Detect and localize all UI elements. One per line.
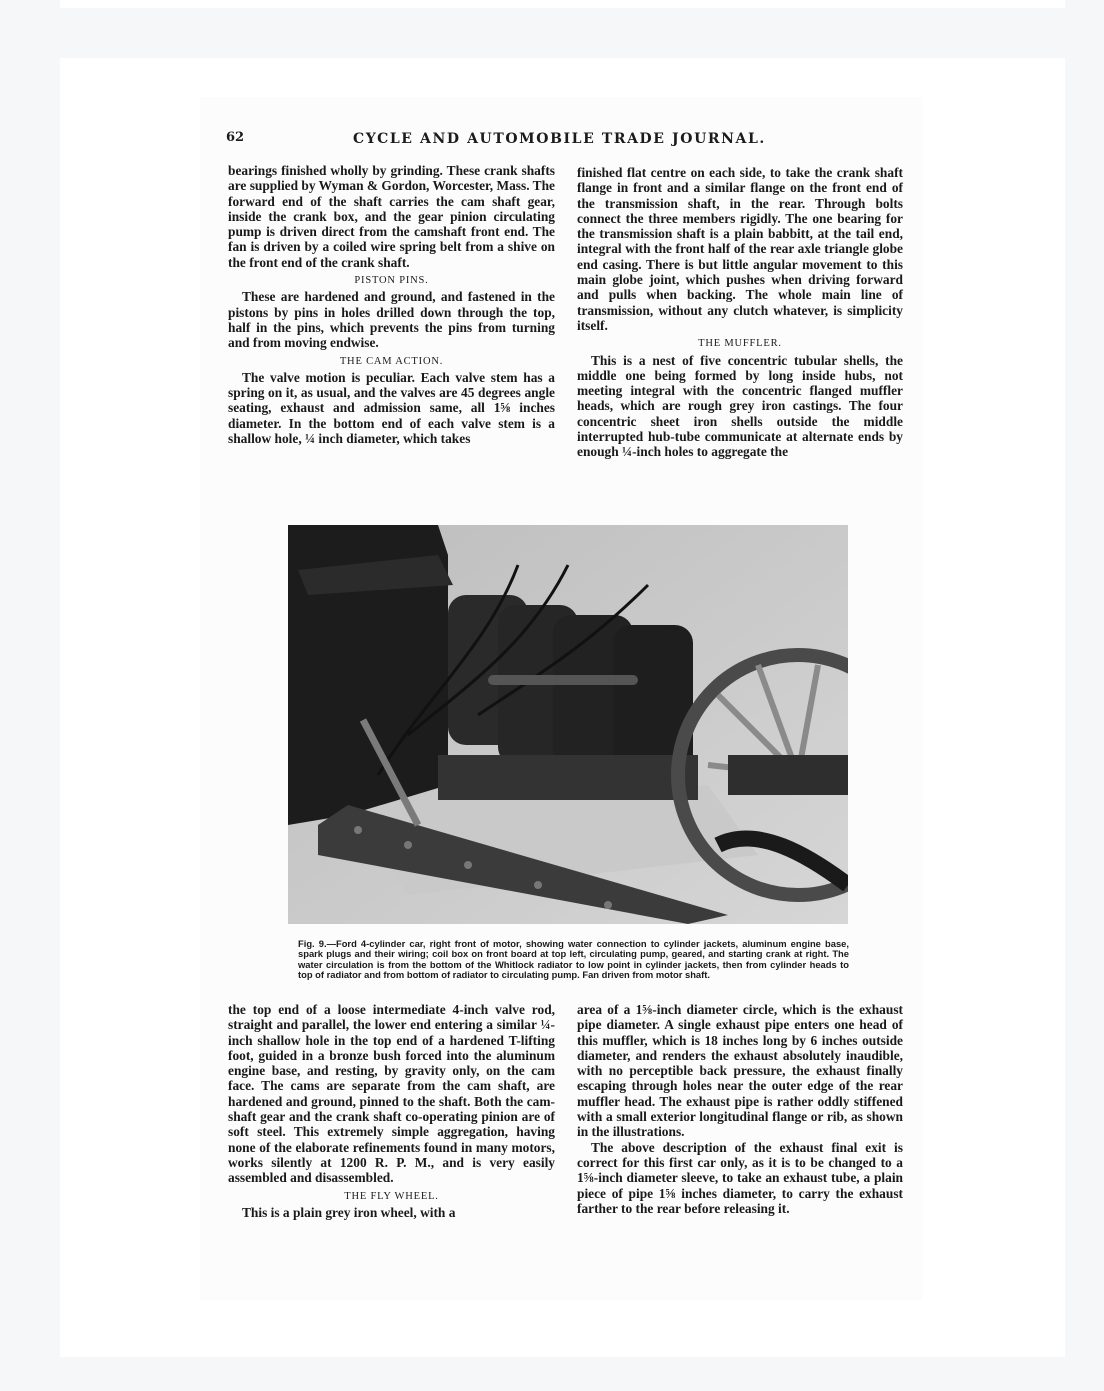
column-bottom-right: area of a 1⅝-inch diameter circle, which… — [577, 1002, 903, 1216]
paragraph: The above description of the exhaust fin… — [577, 1140, 903, 1216]
column-bottom-left: the top end of a loose intermediate 4-in… — [228, 1002, 555, 1220]
figure-caption: Fig. 9.—Ford 4-cylinder car, right front… — [298, 939, 849, 981]
subheading-muffler: THE MUFFLER. — [577, 336, 903, 351]
engine-photo-illustration — [288, 525, 848, 924]
column-top-right: finished flat centre on each side, to ta… — [577, 165, 903, 460]
paragraph: the top end of a loose intermediate 4-in… — [228, 1002, 555, 1186]
page-number: 62 — [226, 130, 244, 145]
column-top-left: bearings finished wholly by grinding. Th… — [228, 163, 555, 446]
paragraph: This is a nest of five concentric tubula… — [577, 353, 903, 460]
subheading-piston-pins: PISTON PINS. — [228, 273, 555, 288]
paragraph: These are hardened and ground, and faste… — [228, 289, 555, 350]
paragraph: area of a 1⅝-inch diameter circle, which… — [577, 1002, 903, 1140]
subheading-cam-action: THE CAM ACTION. — [228, 354, 555, 369]
paragraph: bearings finished wholly by grinding. Th… — [228, 163, 555, 270]
paragraph: finished flat centre on each side, to ta… — [577, 165, 903, 333]
running-head: CYCLE AND AUTOMOBILE TRADE JOURNAL. — [353, 131, 766, 147]
top-strip — [60, 0, 1065, 8]
subheading-fly-wheel: THE FLY WHEEL. — [228, 1189, 555, 1204]
paragraph: This is a plain grey iron wheel, with a — [228, 1205, 555, 1220]
engine-photograph — [288, 525, 848, 924]
paragraph: The valve motion is peculiar. Each valve… — [228, 370, 555, 446]
